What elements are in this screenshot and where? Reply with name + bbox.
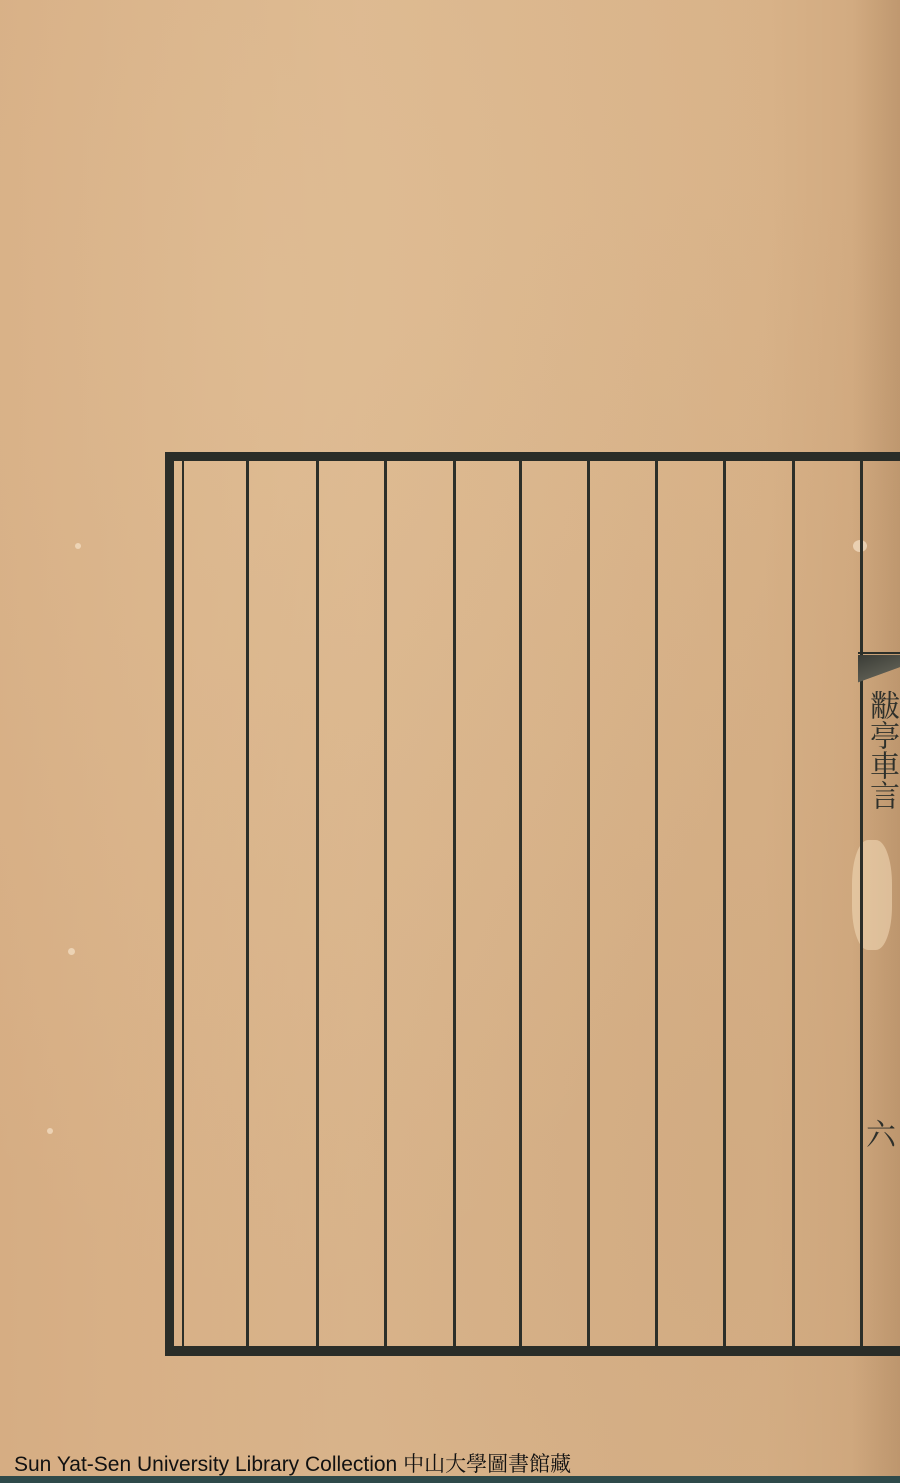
fishtail-ornament [858, 655, 900, 685]
column-rule [316, 460, 319, 1346]
print-frame-border [165, 452, 900, 1356]
folio-number: 六 [866, 1110, 900, 1154]
library-caption: Sun Yat-Sen University Library Collectio… [14, 1448, 571, 1478]
column-rule [723, 460, 726, 1346]
column-rule [182, 460, 184, 1346]
paper-stain [75, 543, 81, 549]
bottom-edge-strip [0, 1476, 900, 1483]
column-rule [655, 460, 658, 1346]
column-rule [246, 460, 249, 1346]
column-rule [792, 460, 795, 1346]
column-rule [519, 460, 522, 1346]
paper-stain [47, 1128, 53, 1134]
column-rule [384, 460, 387, 1346]
paper-stain [68, 948, 75, 955]
fishtail-line [858, 652, 900, 654]
column-rule [860, 460, 863, 1346]
column-rule [453, 460, 456, 1346]
margin-book-title: 黻亭車言 [866, 690, 900, 810]
column-rule [587, 460, 590, 1346]
